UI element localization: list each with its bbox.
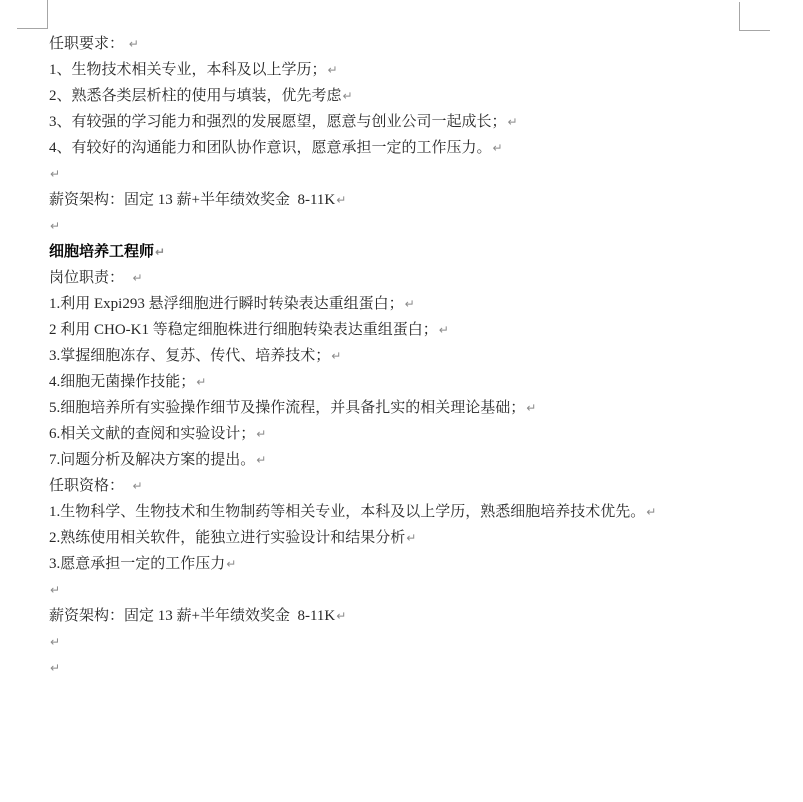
paragraph-mark-icon: ↵ [133,479,143,493]
paragraph-line[interactable]: 4.细胞无菌操作技能；↵ [49,369,797,395]
paragraph-text: 7.问题分析及解决方案的提出。 [49,452,255,468]
paragraph-text: 3.掌握细胞冻存、复苏、传代、培养技术； [49,348,330,364]
paragraph-line[interactable]: 1.生物科学、生物技术和生物制药等相关专业，本科及以上学历，熟悉细胞培养技术优先… [49,499,797,525]
paragraph-mark-icon: ↵ [439,323,449,337]
paragraph-line[interactable]: 3、有较强的学习能力和强烈的发展愿望，愿意与创业公司一起成长；↵ [49,109,797,135]
paragraph-mark-icon: ↵ [256,427,266,441]
paragraph-text: 1、生物技术相关专业，本科及以上学历； [49,62,327,78]
paragraph-line[interactable]: 1、生物技术相关专业，本科及以上学历；↵ [49,57,797,83]
paragraph-mark-icon: ↵ [508,115,518,129]
document-page: 任职要求： ↵1、生物技术相关专业，本科及以上学历；↵2、熟悉各类层析柱的使用与… [0,0,803,802]
paragraph-text: 2、熟悉各类层析柱的使用与填装，优先考虑 [49,88,342,104]
paragraph-line[interactable]: 任职资格： ↵ [49,473,797,499]
paragraph-mark-icon: ↵ [50,583,60,597]
paragraph-line[interactable]: ↵ [49,161,797,187]
paragraph-text: 细胞培养工程师 [49,244,154,260]
paragraph-line[interactable]: 6.相关文献的查阅和实验设计；↵ [49,421,797,447]
paragraph-mark-icon: ↵ [50,219,60,233]
paragraph-mark-icon: ↵ [646,505,656,519]
paragraph-text: 2.熟练使用相关软件，能独立进行实验设计和结果分析 [49,530,405,546]
paragraph-text: 2 利用 CHO-K1 等稳定细胞株进行细胞转染表达重组蛋白； [49,322,438,338]
paragraph-text: 薪资架构：固定 13 薪+半年绩效奖金 8-11K [49,192,335,208]
paragraph-mark-icon: ↵ [331,349,341,363]
paragraph-mark-icon: ↵ [493,141,503,155]
paragraph-line[interactable]: 5.细胞培养所有实验操作细节及操作流程，并具备扎实的相关理论基础；↵ [49,395,797,421]
document-body: 任职要求： ↵1、生物技术相关专业，本科及以上学历；↵2、熟悉各类层析柱的使用与… [49,31,797,681]
paragraph-line[interactable]: 薪资架构：固定 13 薪+半年绩效奖金 8-11K↵ [49,603,797,629]
paragraph-line[interactable]: 岗位职责： ↵ [49,265,797,291]
paragraph-mark-icon: ↵ [343,89,353,103]
paragraph-line[interactable]: 3.掌握细胞冻存、复苏、传代、培养技术；↵ [49,343,797,369]
paragraph-line[interactable]: 4、有较好的沟通能力和团队协作意识，愿意承担一定的工作压力。↵ [49,135,797,161]
paragraph-line[interactable]: 3.愿意承担一定的工作压力↵ [49,551,797,577]
paragraph-mark-icon: ↵ [526,401,536,415]
paragraph-line[interactable]: 2 利用 CHO-K1 等稳定细胞株进行细胞转染表达重组蛋白；↵ [49,317,797,343]
paragraph-line[interactable]: 2.熟练使用相关软件，能独立进行实验设计和结果分析↵ [49,525,797,551]
paragraph-mark-icon: ↵ [336,609,346,623]
paragraph-mark-icon: ↵ [406,531,416,545]
text-boundary-mark-top-left-icon [17,0,48,29]
paragraph-mark-icon: ↵ [336,193,346,207]
paragraph-mark-icon: ↵ [155,245,165,259]
paragraph-text: 3、有较强的学习能力和强烈的发展愿望，愿意与创业公司一起成长； [49,114,507,130]
paragraph-text: 岗位职责： [49,270,132,286]
paragraph-mark-icon: ↵ [50,167,60,181]
paragraph-text: 任职要求： [49,36,128,52]
paragraph-mark-icon: ↵ [50,635,60,649]
text-boundary-mark-top-right-icon [739,2,770,31]
paragraph-line[interactable]: 薪资架构：固定 13 薪+半年绩效奖金 8-11K↵ [49,187,797,213]
paragraph-text: 薪资架构：固定 13 薪+半年绩效奖金 8-11K [49,608,335,624]
paragraph-mark-icon: ↵ [50,661,60,675]
paragraph-mark-icon: ↵ [405,297,415,311]
paragraph-line[interactable]: 1.利用 Expi293 悬浮细胞进行瞬时转染表达重组蛋白；↵ [49,291,797,317]
paragraph-mark-icon: ↵ [196,375,206,389]
paragraph-text: 1.生物科学、生物技术和生物制药等相关专业，本科及以上学历，熟悉细胞培养技术优先… [49,504,645,520]
paragraph-line[interactable]: ↵ [49,577,797,603]
paragraph-mark-icon: ↵ [133,271,143,285]
paragraph-text: 5.细胞培养所有实验操作细节及操作流程，并具备扎实的相关理论基础； [49,400,525,416]
paragraph-text: 6.相关文献的查阅和实验设计； [49,426,255,442]
paragraph-text: 4、有较好的沟通能力和团队协作意识，愿意承担一定的工作压力。 [49,140,492,156]
paragraph-text: 3.愿意承担一定的工作压力 [49,556,225,572]
paragraph-text: 1.利用 Expi293 悬浮细胞进行瞬时转染表达重组蛋白； [49,296,404,312]
paragraph-line[interactable]: ↵ [49,655,797,681]
paragraph-line[interactable]: 2、熟悉各类层析柱的使用与填装，优先考虑↵ [49,83,797,109]
paragraph-mark-icon: ↵ [129,37,139,51]
paragraph-line[interactable]: ↵ [49,629,797,655]
paragraph-line[interactable]: ↵ [49,213,797,239]
paragraph-mark-icon: ↵ [226,557,236,571]
paragraph-mark-icon: ↵ [328,63,338,77]
paragraph-text: 任职资格： [49,478,132,494]
paragraph-line[interactable]: 7.问题分析及解决方案的提出。↵ [49,447,797,473]
paragraph-mark-icon: ↵ [256,453,266,467]
heading-line[interactable]: 细胞培养工程师↵ [49,239,797,265]
paragraph-line[interactable]: 任职要求： ↵ [49,31,797,57]
paragraph-text: 4.细胞无菌操作技能； [49,374,195,390]
